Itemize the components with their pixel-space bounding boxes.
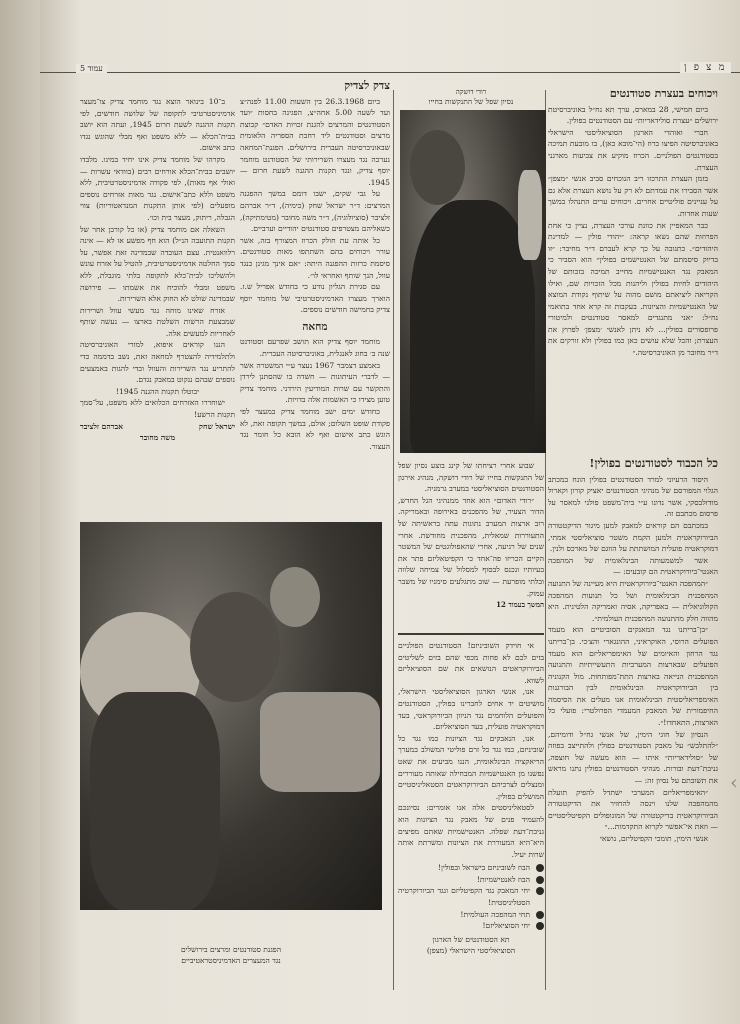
paragraph: אנשי הימין, תומכי הקפיטליזם, נושאי: [548, 833, 718, 845]
paragraph: ״האימפריאליזם המערבי ישתדל להפיק תועלת מ…: [548, 787, 718, 833]
paragraph: ״רודי האדום״ הוא אחד ממנהיגי הגל החדש, ה…: [398, 495, 544, 599]
headline-poland: כל הכבוד לסטודנטים בפולין!: [548, 458, 718, 470]
paragraph: חברי ואוהדי הארגון הסוציאליסטי הישראלי ב…: [548, 127, 718, 173]
page-number: עמוד 5: [76, 64, 107, 73]
article-poland: כל הכבוד לסטודנטים בפולין! היסוד הרעיוני…: [548, 458, 718, 845]
publication-name: מ צ פ ן: [680, 62, 731, 73]
section-rule: [398, 633, 544, 635]
paragraph: אנו, אנשי הארגון הסוציאליסטי הישראלי, מו…: [398, 686, 544, 732]
paragraph: ביום 26.3.1968 בין השעות 11.00 לפנה״צ וע…: [240, 96, 390, 189]
paragraph: שבוע אחרי רציחתו של קינג בוצע נסיון שפל …: [398, 460, 544, 495]
paragraph: השאלה אם מוחמד צדיק (או כל קורבן אחר של …: [80, 224, 235, 305]
paragraph: על גבי שקים, ישבו דומם במשך ההפגנה המרצי…: [240, 188, 390, 234]
paragraph: ״המהפכה האנטי־ביורוקראטית היא מעיינה של …: [548, 578, 718, 624]
article-leaflet: אי חוידק השוביניזם! הסטודנטים הפולניים ב…: [398, 640, 544, 957]
paragraph: באמצע דצמבר 1967 נעצר ע״י המשטרה אשר — ל…: [240, 360, 390, 406]
paragraph: כל אותה עת חולק הכרוז המצורף בזה, אשר עו…: [240, 235, 390, 281]
article-debates: ויכוחים בעצרת סטודנטים ביום חמישי, 28 במ…: [548, 88, 718, 359]
paragraph: מוחמד יוסף צדיק הוא תושב שפרעם וסטודנט ש…: [240, 336, 390, 359]
headline-debates: ויכוחים בעצרת סטודנטים: [548, 88, 718, 100]
paragraph: כבר המאפיין את כוונת עורכי העצרת, נציין …: [548, 220, 718, 359]
slogan-item: הבוז לאנטישמיות!: [398, 874, 544, 886]
masthead-rule: [40, 72, 740, 73]
signatories: ישראל שחק אברהם זלציבר: [80, 421, 235, 433]
byline-rudi: רודי דושקה נסיון שפל של התנקשות בחייו: [398, 88, 544, 106]
slogan-item: הבוז לשוביניזם בישראל ובפולין!: [398, 862, 544, 874]
article-tzadik: צדק לצדיק ביום 26.3.1968 בין השעות 11.00…: [240, 80, 390, 452]
chevron-left-icon[interactable]: ‹: [730, 770, 738, 794]
photo-caption: הפגנת סטודנטים ומרצים בירושלים נגד המעצר…: [80, 944, 382, 966]
paragraph: הנסיון של חוגי הימין, של אנשי גח״ל ודומי…: [548, 729, 718, 787]
demand-item: יבוטלו תקנות ההגנה 1945!: [80, 386, 235, 398]
paragraph: ביום חמישי, 28 במארס, ערך תא נח״ל באוניב…: [548, 104, 718, 127]
paragraph: אנו, הנאבקים נגד הציונות כמו נגד כל שובי…: [398, 733, 544, 803]
page-gutter: [0, 0, 40, 1024]
column-divider: [393, 90, 394, 990]
article-tzadik-continued: ב־10 בינואר הוצא נגד מוחמד צדיק צו־מעצר …: [80, 96, 235, 444]
photo-rudi-dutschke: [400, 110, 546, 453]
slogan-item: יחי המאבק נגד הקפיטליזם ונגד הביורוקרטיה…: [398, 885, 544, 908]
photo-student-protest: [80, 522, 382, 910]
signatory: ישראל שחק: [199, 421, 235, 433]
paragraph: מקרהו של מוחמד צדיק אינו יחיד במינו. מלב…: [80, 154, 235, 224]
paragraph: היסוד הרעיוני למרד הסטודנטים בפולין הונח…: [548, 474, 718, 520]
paragraph: הננו קוראים איפוא, למורי האוניברסיטה ולת…: [80, 339, 235, 385]
caption-line: הפגנת סטודנטים ומרצים בירושלים: [80, 944, 382, 955]
subheading-protest: מחאה: [240, 322, 390, 334]
leaflet-signature-2: הסוציאליסטי הישראלי (מצפן): [398, 945, 544, 957]
byline-name: רודי דושקה: [398, 88, 544, 97]
caption-line: נגד המעצרים האדמיניסטראטיביים: [80, 955, 382, 966]
slogan-list: הבוז לשוביניזם בישראל ובפולין! הבוז לאנט…: [398, 862, 544, 932]
paragraph: בזמן העצרת התרכזו ריב הנוכחים סביב אנשי …: [548, 173, 718, 219]
paragraph: כחודש ימים ישב מוחמד צדיק במעצר לפי פקוד…: [240, 406, 390, 452]
paragraph: במכתבם הם קוראים למאבק למען מיגור הדיקטט…: [548, 520, 718, 555]
paragraph: עם סגירת הגליון נודע כי בחודש אפריל ש.ז.…: [240, 281, 390, 316]
signatory: אברהם זלציבר: [80, 421, 123, 433]
article-rudi: שבוע אחרי רציחתו של קינג בוצע נסיון שפל …: [398, 460, 544, 611]
continued-note: המשך בעמוד 12: [398, 599, 544, 611]
headline-tzadik: צדק לצדיק: [240, 80, 390, 92]
slogan-item: תחי המהפכה העולמית!: [398, 909, 544, 921]
signatory: משה מחובר: [80, 432, 235, 444]
paragraph: אזרח שאינו מוחה נגד מעשי עוול ושרירות שמ…: [80, 305, 235, 340]
paragraph: אי חוידק השוביניזם! הסטודנטים הפולניים ב…: [398, 640, 544, 686]
paragraph: אשר למשמעותה הבינלאומית של המהפכה האנטי־…: [548, 555, 718, 578]
slogan-item: יחי הסוציאליזם!: [398, 920, 544, 932]
paragraph: ב־10 בינואר הוצא נגד מוחמד צדיק צו־מעצר …: [80, 96, 235, 154]
byline-subtitle: נסיון שפל של התנקשות בחייו: [398, 97, 544, 106]
demand-item: ישוחררו האזרחים הכלואים ללא משפט, על־סמך…: [80, 397, 235, 420]
paragraph: ״בן־בריתנו נגד המאנקים הסוביטיים הוא מעמ…: [548, 624, 718, 728]
paragraph: לסטאליניסטים אלה אנו אומרים: נסיונכם להע…: [398, 802, 544, 860]
leaflet-signature-1: תא הסטודנטים של הארגון: [398, 934, 544, 946]
